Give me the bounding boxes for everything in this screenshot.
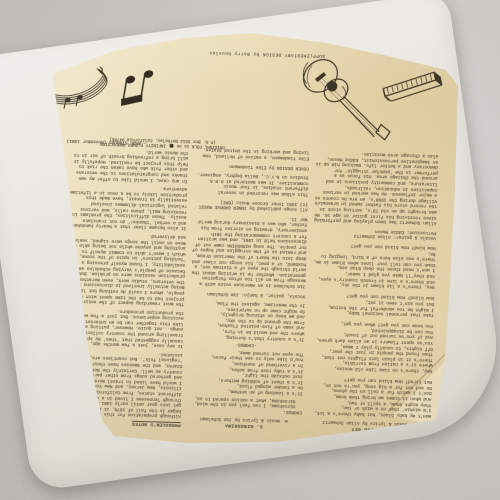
lyric-sheet: CAN YOU GET w. music & lyrics by Allan S… xyxy=(36,18,460,454)
bio-jim-schulman: Jim Schulman is an American voice with a… xyxy=(190,213,308,289)
verse-1: It's a loading of an anthem, On a tender… xyxy=(187,348,304,396)
cover-design-credit: COVER DESIGN by Elke Tiedemann xyxy=(193,161,309,170)
producers-notes-paragraph: In any case, I would like to offer my ow… xyxy=(66,146,189,183)
eighth-notes-icon xyxy=(116,66,157,109)
verse-2: It's a country that's burning, Where the… xyxy=(188,299,305,341)
performer-credits-schwartz: Vocals & guitar: Allan Schwartz Percussi… xyxy=(312,226,436,241)
publishing-credit: All songs published by INNER GROOVE MUSI… xyxy=(192,197,308,211)
recording-note: This album was recorded in several diffe… xyxy=(192,171,309,197)
flower-icon xyxy=(170,144,174,148)
performer-credits-schulman: Vocals, guitar, & banjo: Jim Schulman xyxy=(189,289,305,298)
lyrics-can-you-get: Won't my baby blues, but baby there's a … xyxy=(307,241,436,418)
sheet-content-upside-down: CAN YOU GET w. music & lyrics by Allan S… xyxy=(59,35,442,437)
guitar-icon xyxy=(287,41,398,144)
photo-of-record-insert: CAN YOU GET w. music & lyrics by Allan S… xyxy=(0,0,500,500)
producers-notes-paragraph: It also became clear that a hearty hands… xyxy=(64,182,187,230)
bio-allan-schwartz: Allan Schwartz has been playing and perf… xyxy=(312,149,438,225)
